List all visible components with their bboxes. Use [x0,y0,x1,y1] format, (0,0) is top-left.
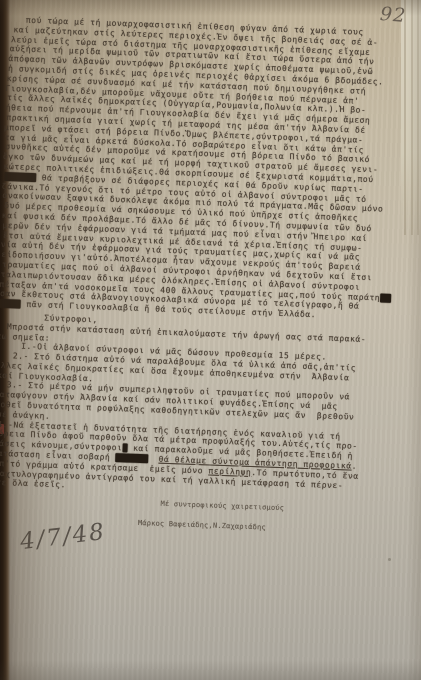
typed-text: . [351,462,357,471]
redacted-text: ΧΧΧΧΧΧ [4,172,37,182]
underlined-text: περίληψη [208,466,251,477]
signature-line: Μάρκος Βαφειάδης,Ν.Ζαχαριάδης [138,519,402,537]
closing-salutation: Μέ συντροφικούς χαιρετισμούς [160,500,402,518]
book-page-photo: 92 πού τώρα μέ τή μοναρχοφασιστική ἐπίθε… [0,0,421,680]
redacted-text: -- [380,293,391,302]
typed-text: τω σημεῖα: [0,331,50,342]
typed-text: τε ὅλα ἐσεῖς. [0,478,66,489]
letter-body: πού τώρα μέ τή μοναρχοφασιστική ἐπίθεση … [0,15,420,503]
redacted-text: ΧΧΧΧΧΧ [116,453,149,463]
page-number-handwritten: 92 [379,3,407,27]
typed-letter: πού τώρα μέ τή μοναρχοφασιστική ἐπίθεση … [0,15,420,538]
redacted-text: πᾶνε [0,299,21,309]
paper-speck [388,558,391,561]
